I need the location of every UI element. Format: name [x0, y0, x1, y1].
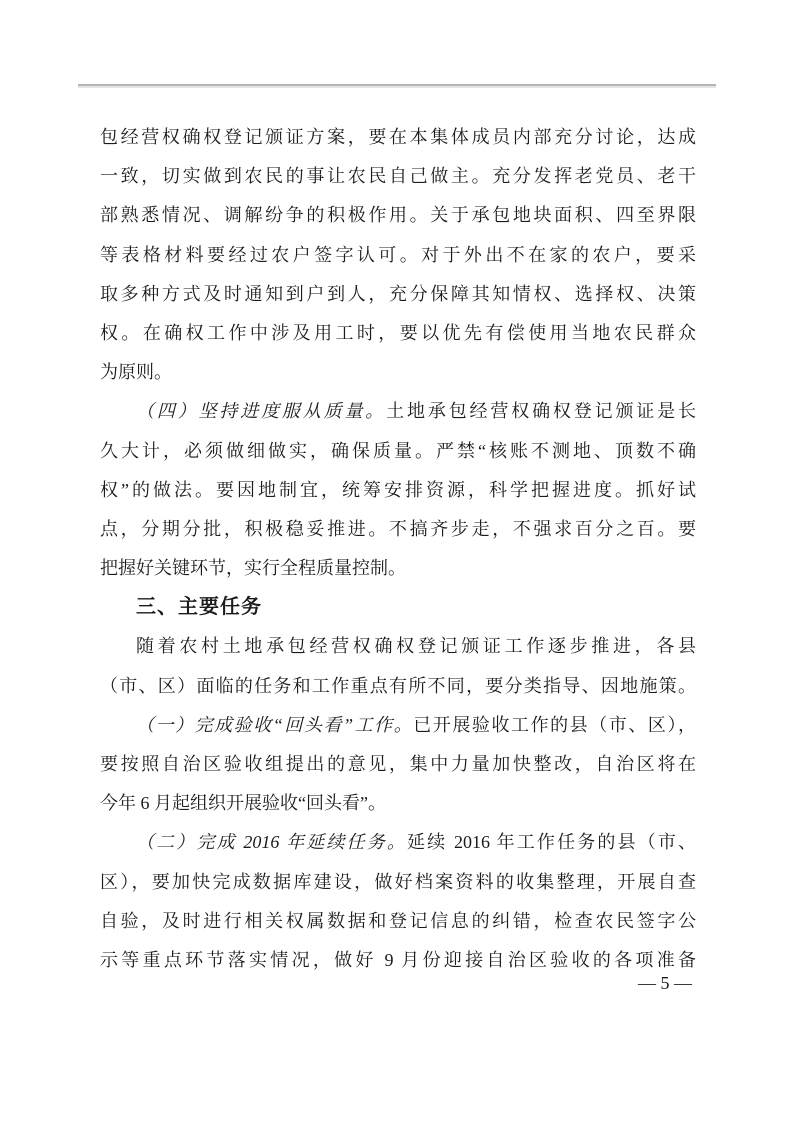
text-line: 今年 6 月起组织开展验收“回头看”。 — [100, 784, 696, 823]
text-line: 一致，切实做到农民的事让农民自己做主。充分发挥老党员、老干 — [100, 157, 696, 196]
header-divider-line — [78, 84, 716, 88]
text-line: （一）完成验收“回头看”工作。已开展验收工作的县（市、区）， — [100, 706, 696, 745]
text-line: （市、区）面临的任务和工作重点有所不同，要分类指导、因地施策。 — [100, 667, 696, 706]
text-line: 点，分期分批，积极稳妥推进。不搞齐步走，不强求百分之百。要 — [100, 510, 696, 549]
text-line: 等表格材料要经过农户签字认可。对于外出不在家的农户，要采 — [100, 236, 696, 275]
clause-lead: （四）坚持进度服从质量。 — [136, 401, 386, 421]
clause-body: 土地承包经营权确权登记颁证是长 — [386, 401, 696, 421]
clause-body: 已开展验收工作的县（市、区）， — [413, 715, 696, 735]
text-line: 包经营权确权登记颁证方案，要在本集体成员内部充分讨论，达成 — [100, 118, 696, 157]
text-line: 取多种方式及时通知到户到人，充分保障其知情权、选择权、决策 — [100, 275, 696, 314]
page-number: — 5 — — [100, 972, 692, 994]
text-line: 为原则。 — [100, 353, 696, 392]
clause-lead: （二）完成 2016 年延续任务。 — [136, 832, 407, 852]
document-page: 包经营权确权登记颁证方案，要在本集体成员内部充分讨论，达成 一致，切实做到农民的… — [0, 0, 793, 1122]
clause-body: 延续 2016 年工作任务的县（市、 — [407, 832, 696, 852]
text-line: 自验，及时进行相关权属数据和登记信息的纠错，检查农民签字公 — [100, 902, 696, 941]
text-line: 把握好关键环节，实行全程质量控制。 — [100, 549, 696, 588]
text-line: 区），要加快完成数据库建设，做好档案资料的收集整理，开展自查 — [100, 863, 696, 902]
clause-lead: （一）完成验收“回头看”工作。 — [136, 715, 413, 735]
text-line: 久大计，必须做细做实，确保质量。严禁“核账不测地、顶数不确 — [100, 432, 696, 471]
text-line: 随着农村土地承包经营权确权登记颁证工作逐步推进，各县 — [100, 627, 696, 666]
text-line: 权。在确权工作中涉及用工时，要以优先有偿使用当地农民群众 — [100, 314, 696, 353]
body-text: 包经营权确权登记颁证方案，要在本集体成员内部充分讨论，达成 一致，切实做到农民的… — [100, 118, 696, 980]
text-line: （四）坚持进度服从质量。土地承包经营权确权登记颁证是长 — [100, 392, 696, 431]
text-line: 部熟悉情况、调解纷争的积极作用。关于承包地块面积、四至界限 — [100, 196, 696, 235]
section-heading: 三、主要任务 — [100, 588, 696, 627]
text-line: 权”的做法。要因地制宜，统筹安排资源，科学把握进度。抓好试 — [100, 471, 696, 510]
text-line: （二）完成 2016 年延续任务。延续 2016 年工作任务的县（市、 — [100, 823, 696, 862]
text-line: 要按照自治区验收组提出的意见，集中力量加快整改，自治区将在 — [100, 745, 696, 784]
